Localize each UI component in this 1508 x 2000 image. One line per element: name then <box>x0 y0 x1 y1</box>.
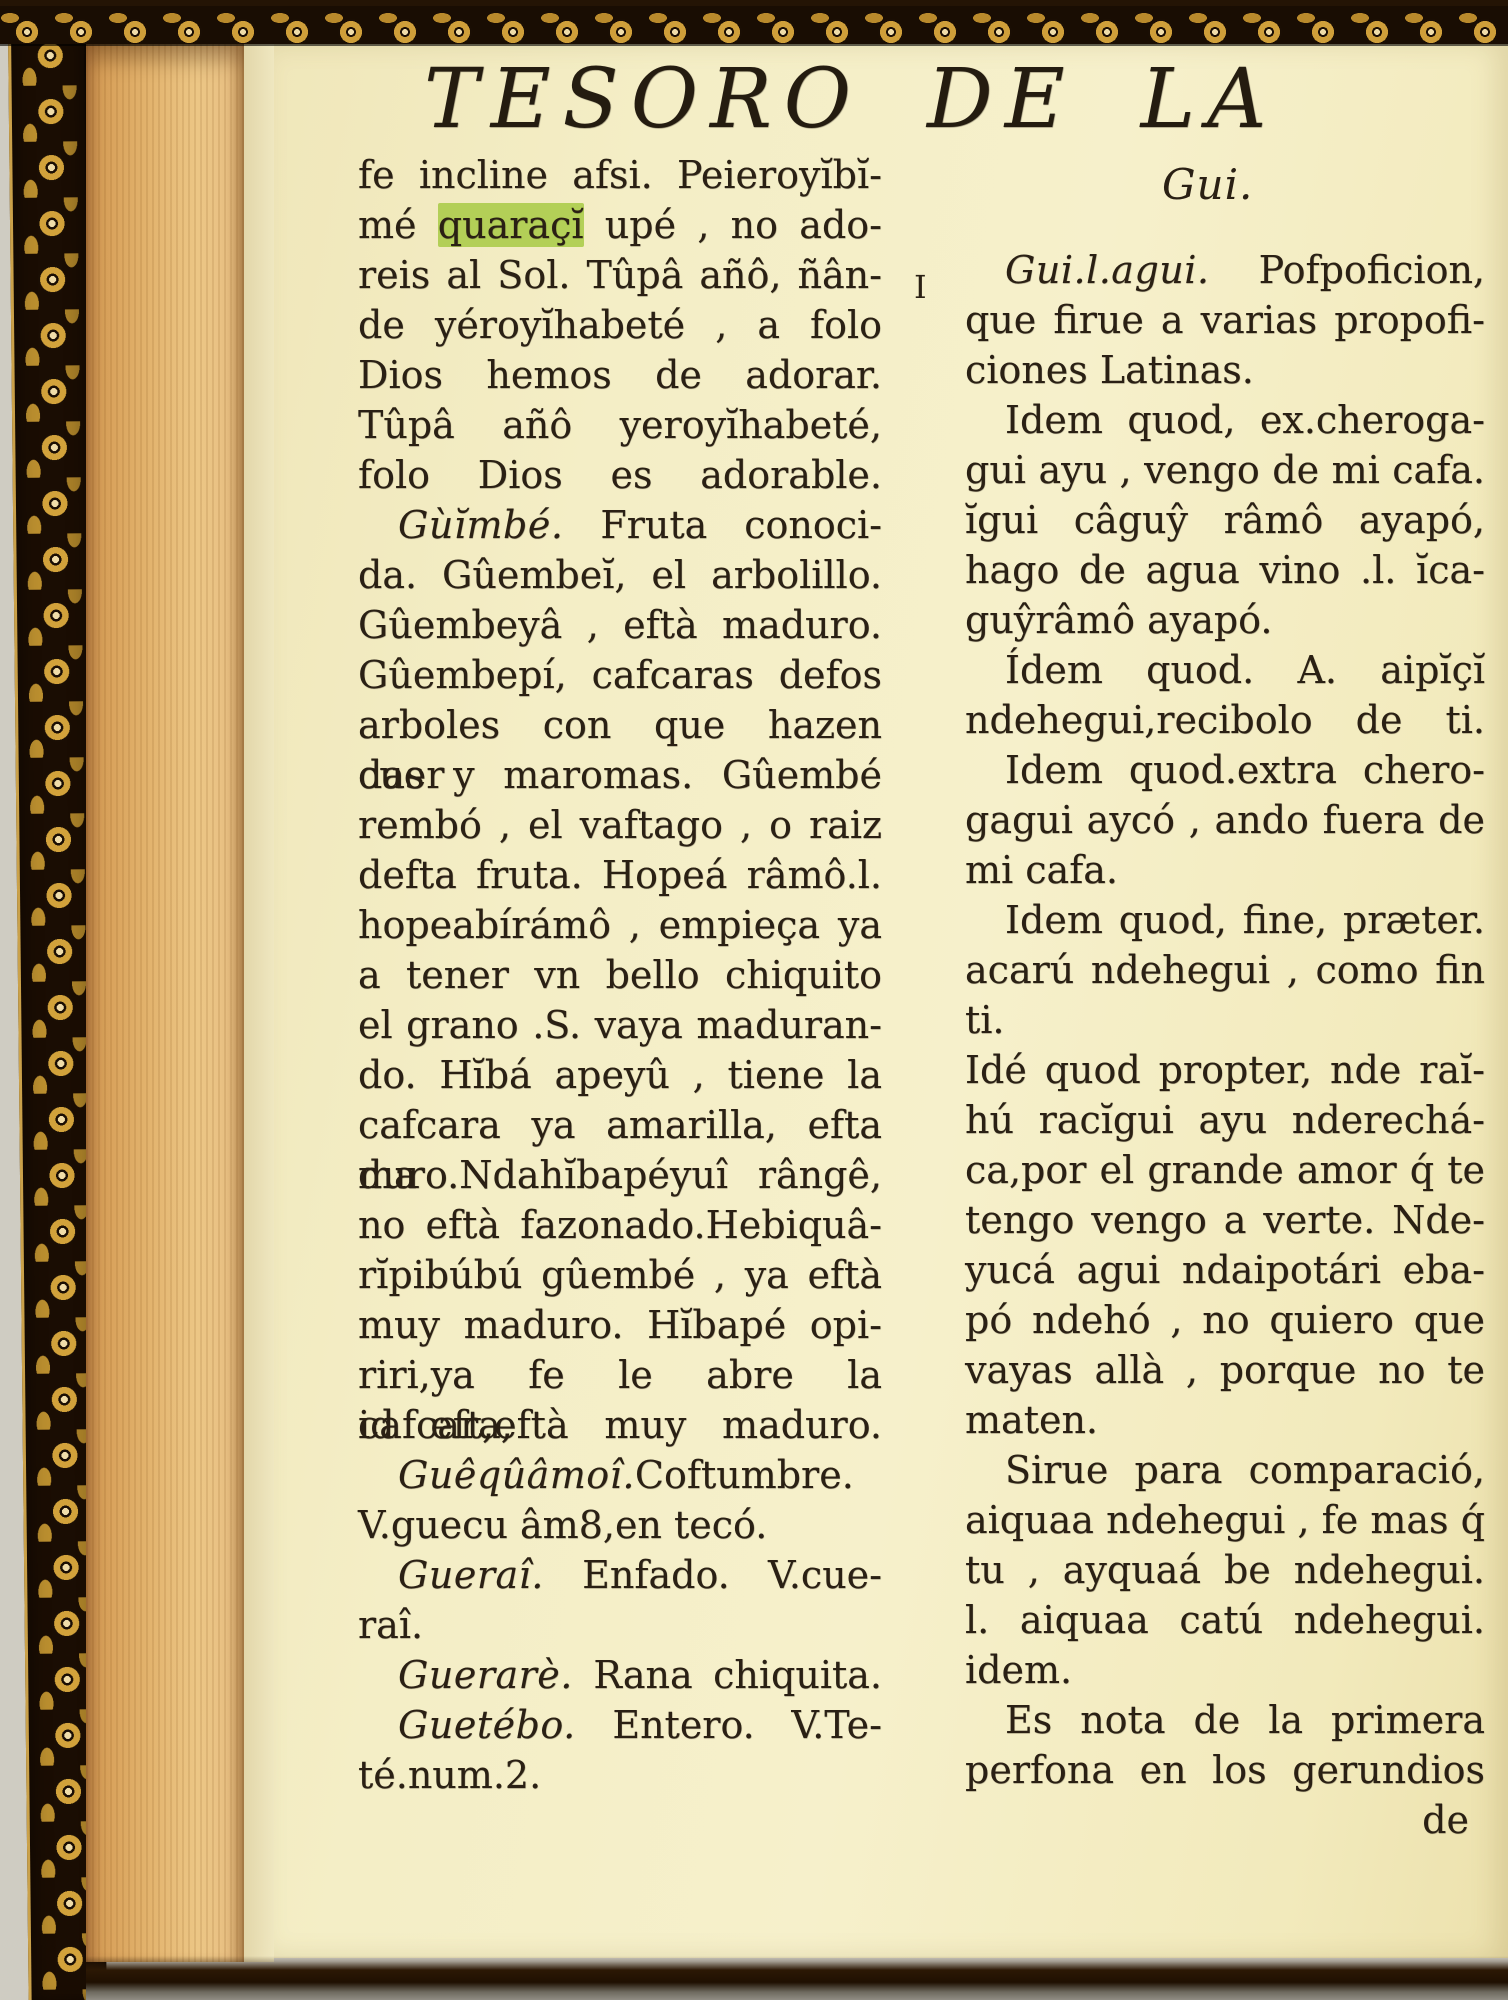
text-line: té.num.2. <box>358 1750 882 1800</box>
text-line: aiquaa ndehegui , fe mas q́ <box>965 1495 1485 1545</box>
text-line: Ídem quod. A. aipĭçĭ <box>965 645 1485 695</box>
running-title: TESORO DE LA <box>424 52 1278 147</box>
text-line: mi cafa. <box>965 845 1485 895</box>
text-line: ĭgui câguŷ râmô ayapó, <box>965 495 1485 545</box>
text-line: no eftà fazonado.Hebiquâ- <box>358 1200 882 1250</box>
page-fore-edge <box>86 44 244 1962</box>
text-line: Gui.l.agui. Pofpoficion, <box>965 245 1485 295</box>
text-line: de yéroyĭhabeté , a folo <box>358 300 882 350</box>
book-scan: TESORO DE LA Gui. I fe incline afsi. Pei… <box>0 0 1508 2000</box>
text-line: ndehegui,recibolo de ti. <box>965 695 1485 745</box>
text-line: vayas allà , porque no te <box>965 1345 1485 1395</box>
text-line: Sirue para comparació, <box>965 1445 1485 1495</box>
page-edge-strip <box>244 44 274 1962</box>
catchword: de <box>965 1795 1485 1845</box>
bottom-edge-band <box>86 1956 1508 2000</box>
text-line: tu , ayquaá be ndehegui. <box>965 1545 1485 1595</box>
text-line: folo Dios es adorable. <box>358 450 882 500</box>
text-line: guŷrâmô ayapó. <box>965 595 1485 645</box>
text-line: Gûembeyâ , eftà maduro. <box>358 600 882 650</box>
text-line: ca,por el grande amor q́ te <box>965 1145 1485 1195</box>
text-line: id eft,eftà muy maduro. <box>358 1400 882 1450</box>
text-line: idem. <box>965 1645 1485 1695</box>
text-line: mé quaraçĭ upé , no ado- <box>358 200 882 250</box>
text-line: arboles con que hazen cuer <box>358 700 882 750</box>
text-line: hú racĭgui ayu nderechá- <box>965 1095 1485 1145</box>
text-line: das y maromas. Gûembé <box>358 750 882 800</box>
highlighted-word: quaraçĭ <box>438 203 584 247</box>
text-line: cafcara ya amarilla, efta ma <box>358 1100 882 1150</box>
right-text-column: Gui.l.agui. Pofpoficion,que firue a vari… <box>965 245 1485 1845</box>
column-header: Gui. <box>1162 160 1253 209</box>
text-line: que firue a varias propofi- <box>965 295 1485 345</box>
text-line: tengo vengo a verte. Nde- <box>965 1195 1485 1245</box>
text-line: a tener vn bello chiquito <box>358 950 882 1000</box>
text-line: Guêqûâmoî.Coftumbre. <box>358 1450 882 1500</box>
text-line: defta fruta. Hopeá râmô.l. <box>358 850 882 900</box>
text-line: reis al Sol. Tûpâ añô, ñân- <box>358 250 882 300</box>
margin-number: I <box>914 268 927 306</box>
text-line: gui ayu , vengo de mi cafa. <box>965 445 1485 495</box>
text-line: fe incline afsi. Peieroyĭbĭ- <box>358 150 882 200</box>
text-line: Idem quod, ex.cheroga- <box>965 395 1485 445</box>
text-line: ciones Latinas. <box>965 345 1485 395</box>
text-line: yucá agui ndaipotári eba- <box>965 1245 1485 1295</box>
text-line: rĭpibúbú gûembé , ya eftà <box>358 1250 882 1300</box>
left-text-column: fe incline afsi. Peieroyĭbĭ-mé quaraçĭ u… <box>358 150 882 1800</box>
text-line: perfona en los gerundios <box>965 1745 1485 1795</box>
text-line: gagui aycó , ando fuera de <box>965 795 1485 845</box>
text-line: Gueraî. Enfado. V.cue- <box>358 1550 882 1600</box>
text-line: Guetébo. Entero. V.Te- <box>358 1700 882 1750</box>
text-line: acarú ndehegui , como fin <box>965 945 1485 995</box>
text-line: Tûpâ añô yeroyĭhabeté, <box>358 400 882 450</box>
top-ornament-band <box>0 0 1508 44</box>
text-line: el grano .S. vaya maduran- <box>358 1000 882 1050</box>
text-line: riri,ya fe le abre la cafcara, <box>358 1350 882 1400</box>
text-line: pó ndehó , no quiero que <box>965 1295 1485 1345</box>
text-line: raî. <box>358 1600 882 1650</box>
text-line: Dios hemos de adorar. <box>358 350 882 400</box>
text-line: rembó , el vaftago , o raiz <box>358 800 882 850</box>
text-line: do. Hĭbá apeyû , tiene la <box>358 1050 882 1100</box>
text-line: da. Gûembeĭ, el arbolillo. <box>358 550 882 600</box>
text-line: Gùĭmbé. Fruta conoci- <box>358 500 882 550</box>
text-line: Guerarè. Rana chiquita. <box>358 1650 882 1700</box>
text-line: Idem quod.extra chero- <box>965 745 1485 795</box>
text-line: Es nota de la primera <box>965 1695 1485 1745</box>
text-line: maten. <box>965 1395 1485 1445</box>
text-line: duro.Ndahĭbapéyuî rângê, <box>358 1150 882 1200</box>
book-page: TESORO DE LA Gui. I fe incline afsi. Pei… <box>274 44 1508 1958</box>
text-line: muy maduro. Hĭbapé opi- <box>358 1300 882 1350</box>
text-line: V.guecu âm8,en tecó. <box>358 1500 882 1550</box>
text-line: l. aiquaa catú ndehegui. <box>965 1595 1485 1645</box>
text-line: hopeabírámô , empieça ya <box>358 900 882 950</box>
text-line: Idé quod propter, nde raĭ- <box>965 1045 1485 1095</box>
text-line: hago de agua vino .l. ĭca- <box>965 545 1485 595</box>
text-line: ti. <box>965 995 1485 1045</box>
text-line: Idem quod, fine, præter. <box>965 895 1485 945</box>
text-line: Gûembepí, cafcaras defos <box>358 650 882 700</box>
